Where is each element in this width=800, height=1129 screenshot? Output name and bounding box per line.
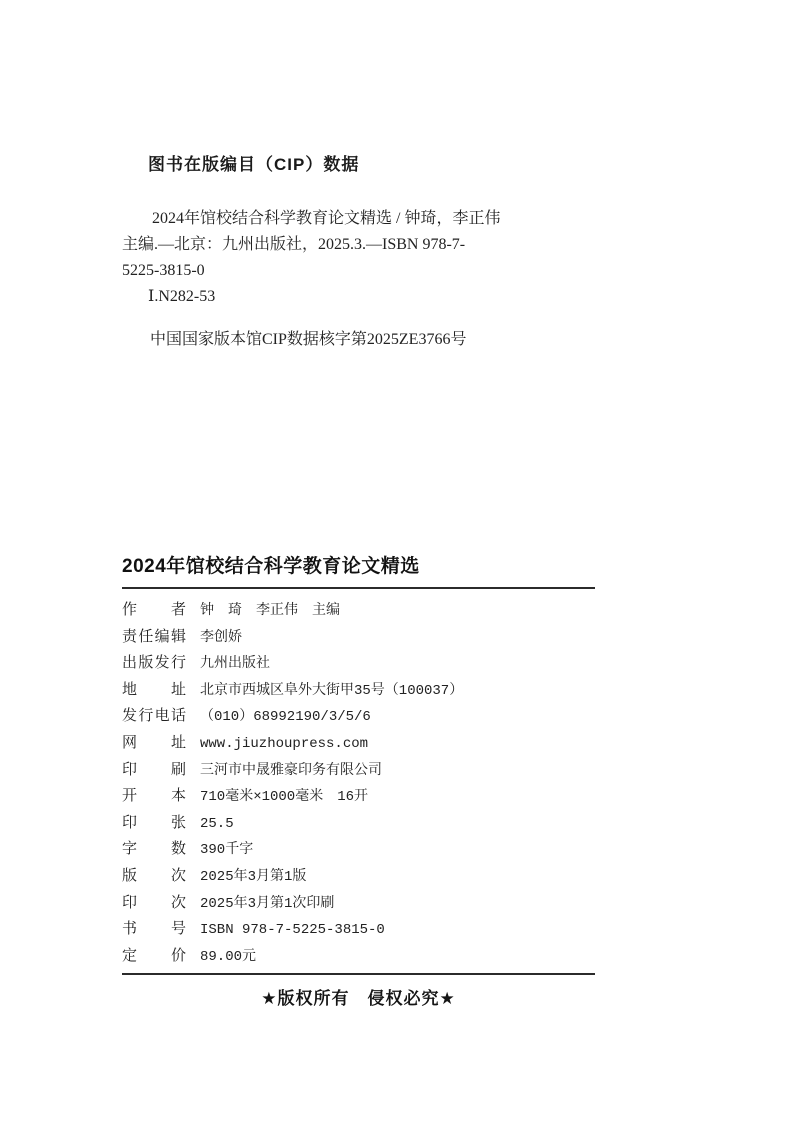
colophon-row-phone: 发行电话 （010）68992190/3/5/6	[122, 703, 595, 730]
colophon-row-value: 25.5	[200, 811, 234, 838]
colophon-row-label: 网址	[122, 730, 186, 757]
colophon-row-label: 印刷	[122, 757, 186, 784]
cip-classification: Ⅰ.N282-53	[122, 284, 608, 310]
copyright-notice: ★版权所有 侵权必究★	[122, 984, 595, 1009]
colophon-row-website: 网址 www.jiuzhoupress.com	[122, 730, 595, 757]
colophon-row-label: 发行电话	[122, 703, 186, 730]
colophon-row-label: 责任编辑	[122, 624, 186, 651]
colophon-row-value: （010）68992190/3/5/6	[200, 704, 371, 731]
colophon-row-value: 钟 琦 李正伟 主编	[200, 598, 340, 625]
colophon-row-impression: 印次 2025年3月第1次印刷	[122, 890, 595, 917]
colophon-row-value: 89.00元	[200, 944, 256, 971]
colophon-row-editor: 责任编辑 李创娇	[122, 624, 595, 651]
colophon-row-edition: 版次 2025年3月第1版	[122, 863, 595, 890]
colophon-row-value: 2025年3月第1次印刷	[200, 891, 334, 918]
colophon-table: 作者 钟 琦 李正伟 主编 责任编辑 李创娇 出版发行 九州出版社 地址 北京市…	[122, 589, 595, 975]
colophon-row-author: 作者 钟 琦 李正伟 主编	[122, 597, 595, 624]
colophon-row-value: 710毫米×1000毫米 16开	[200, 784, 368, 811]
colophon-row-label: 版次	[122, 863, 186, 890]
colophon-row-label: 字数	[122, 836, 186, 863]
colophon-row-publisher: 出版发行 九州出版社	[122, 650, 595, 677]
colophon-row-printer: 印刷 三河市中晟雅豪印务有限公司	[122, 757, 595, 784]
colophon-row-label: 定价	[122, 943, 186, 970]
cip-record-line-1: 2024年馆校结合科学教育论文精选 / 钟琦，李正伟	[122, 206, 608, 232]
colophon-row-price: 定价 89.00元	[122, 943, 595, 970]
cip-record-line-3: 5225-3815-0	[122, 258, 608, 284]
cip-registration: 中国国家版本馆CIP数据核字第2025ZE3766号	[150, 327, 608, 353]
colophon-row-label: 地址	[122, 677, 186, 704]
colophon-row-value: 三河市中晟雅豪印务有限公司	[200, 758, 382, 785]
colophon-row-sheets: 印张 25.5	[122, 810, 595, 837]
colophon-row-value: 李创娇	[200, 625, 242, 652]
colophon-row-value: ISBN 978-7-5225-3815-0	[200, 917, 385, 944]
colophon-row-wordcount: 字数 390千字	[122, 836, 595, 863]
cip-record: 2024年馆校结合科学教育论文精选 / 钟琦，李正伟 主编.—北京：九州出版社，…	[122, 206, 608, 310]
colophon-section: 2024年馆校结合科学教育论文精选 作者 钟 琦 李正伟 主编 责任编辑 李创娇…	[122, 551, 595, 1009]
colophon-row-value: 390千字	[200, 837, 253, 864]
colophon-row-isbn: 书号 ISBN 978-7-5225-3815-0	[122, 916, 595, 943]
colophon-row-label: 书号	[122, 916, 186, 943]
cip-heading: 图书在版编目（CIP）数据	[148, 150, 608, 175]
colophon-row-value: 2025年3月第1版	[200, 864, 306, 891]
colophon-row-format: 开本 710毫米×1000毫米 16开	[122, 783, 595, 810]
colophon-row-value: www.jiuzhoupress.com	[200, 731, 368, 758]
cip-section: 图书在版编目（CIP）数据 2024年馆校结合科学教育论文精选 / 钟琦，李正伟…	[122, 150, 608, 353]
copyright-page: 图书在版编目（CIP）数据 2024年馆校结合科学教育论文精选 / 钟琦，李正伟…	[0, 0, 800, 1129]
book-title: 2024年馆校结合科学教育论文精选	[122, 551, 595, 589]
colophon-row-label: 印次	[122, 890, 186, 917]
colophon-row-address: 地址 北京市西城区阜外大街甲35号（100037）	[122, 677, 595, 704]
colophon-row-value: 北京市西城区阜外大街甲35号（100037）	[200, 678, 463, 705]
cip-record-line-2: 主编.—北京：九州出版社，2025.3.—ISBN 978-7-	[122, 232, 608, 258]
colophon-row-label: 出版发行	[122, 650, 186, 677]
colophon-row-value: 九州出版社	[200, 651, 270, 678]
colophon-row-label: 印张	[122, 810, 186, 837]
colophon-row-label: 作者	[122, 597, 186, 624]
colophon-row-label: 开本	[122, 783, 186, 810]
